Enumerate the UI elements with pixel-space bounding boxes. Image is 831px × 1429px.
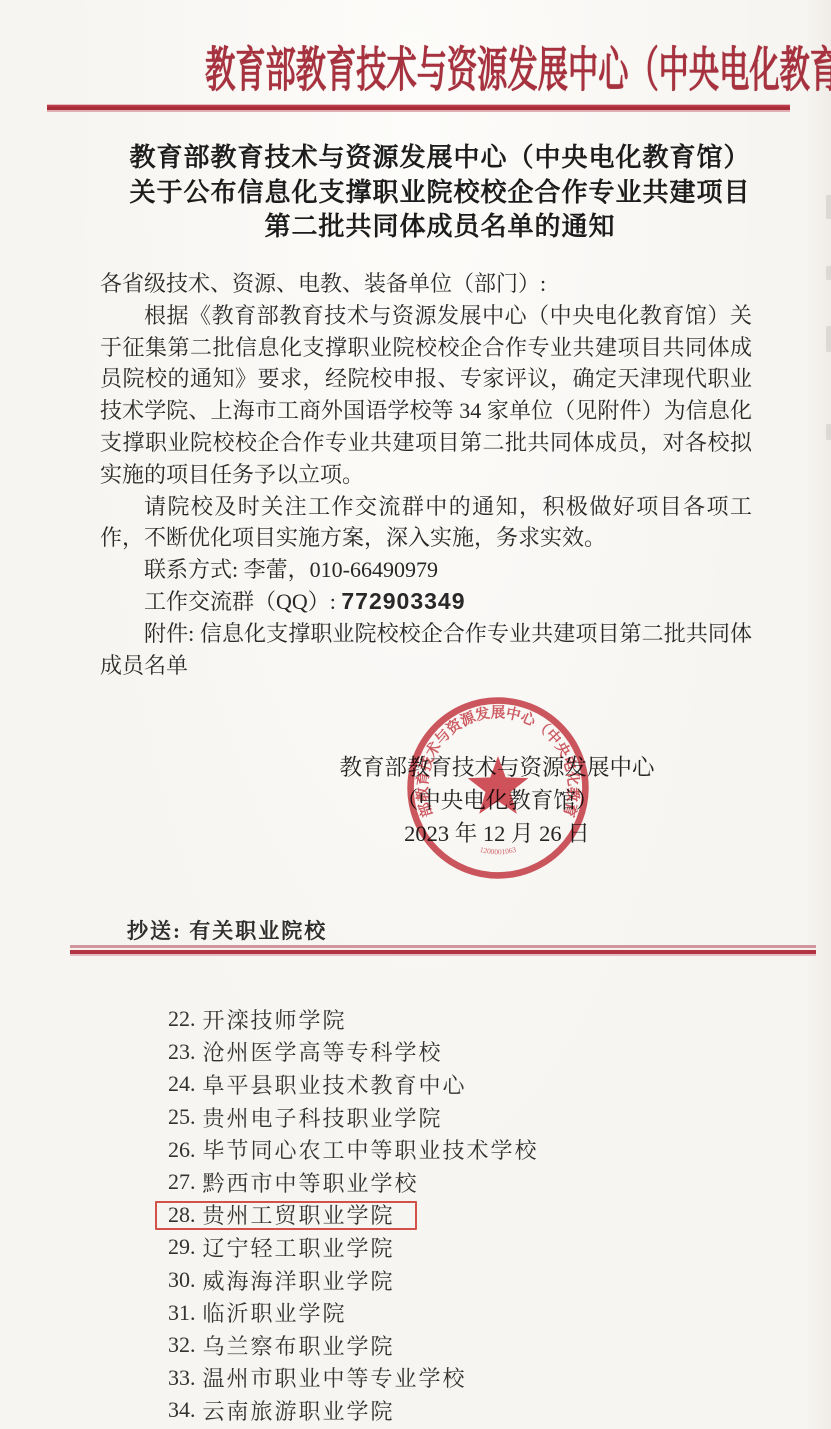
member-list-item: 22. 开滦技师学院 <box>168 1003 539 1036</box>
contact-label: 联系方式: <box>144 557 244 582</box>
qq-group-label: 工作交流群（QQ）: <box>144 589 341 614</box>
member-list: 22. 开滦技师学院 23. 沧州医学高等专科学校 24. 阜平县职业技术教育中… <box>168 1003 539 1427</box>
document-title-line-2: 关于公布信息化支撑职业院校校企合作专业共建项目 <box>129 178 750 207</box>
scan-artifact <box>826 195 831 219</box>
member-school-name: 阜平县职业技术教育中心 <box>203 1069 467 1100</box>
member-number: 27. <box>168 1169 196 1195</box>
member-number: 33. <box>168 1365 196 1391</box>
member-list-item: 23. 沧州医学高等专科学校 <box>168 1036 539 1069</box>
scan-artifact <box>826 266 831 280</box>
member-school-name: 贵州电子科技职业学院 <box>203 1102 443 1133</box>
contact-value: 李蕾，010-66490979 <box>244 557 438 582</box>
member-list-item: 34. 云南旅游职业学院 <box>168 1394 539 1427</box>
member-school-name: 贵州工贸职业学院 <box>203 1199 395 1230</box>
member-list-item: 27. 黔西市中等职业学校 <box>168 1166 539 1199</box>
member-school-name: 威海海洋职业学院 <box>203 1265 395 1296</box>
qq-group-number: 772903349 <box>341 588 465 614</box>
member-number: 25. <box>168 1104 196 1130</box>
member-list-item: 32. 乌兰察布职业学院 <box>168 1329 539 1362</box>
body-paragraph-2: 请院校及时关注工作交流群中的通知，积极做好项目各项工作，不断优化项目实施方案，深… <box>100 491 752 555</box>
body-paragraph-1: 根据《教育部教育技术与资源发展中心（中央电化教育馆）关于征集第二批信息化支撑职业… <box>100 300 752 491</box>
scan-artifact <box>826 424 831 440</box>
contact-line: 联系方式: 李蕾，010-66490979 <box>100 554 752 586</box>
member-school-name: 黔西市中等职业学校 <box>203 1167 419 1198</box>
official-seal: 教育部教育技术与资源发展中心（中央电化教育馆） 1200001063 <box>404 694 592 882</box>
document-body: 各省级技术、资源、电教、装备单位（部门）: 根据《教育部教育技术与资源发展中心（… <box>100 268 752 681</box>
member-school-name: 临沂职业学院 <box>203 1297 347 1328</box>
member-list-item: 29. 辽宁轻工职业学院 <box>168 1231 539 1264</box>
member-number: 32. <box>168 1332 196 1358</box>
member-school-name: 毕节同心农工中等职业技术学校 <box>203 1134 539 1165</box>
document-title: 教育部教育技术与资源发展中心（中央电化教育馆） 关于公布信息化支撑职业院校校企合… <box>49 141 831 245</box>
seal-star-icon <box>468 756 529 814</box>
qq-group-line: 工作交流群（QQ）: 772903349 <box>100 586 752 618</box>
member-list-item: 30. 威海海洋职业学院 <box>168 1264 539 1297</box>
member-school-name: 云南旅游职业学院 <box>203 1395 395 1426</box>
member-number: 26. <box>168 1137 196 1163</box>
member-school-name: 开滦技师学院 <box>203 1004 347 1035</box>
member-number: 22. <box>168 1006 196 1032</box>
member-number: 30. <box>168 1267 196 1293</box>
member-number: 24. <box>168 1071 196 1097</box>
member-number: 28. <box>168 1202 196 1228</box>
member-school-name: 辽宁轻工职业学院 <box>203 1232 395 1263</box>
member-list-item: 25. 贵州电子科技职业学院 <box>168 1101 539 1134</box>
scan-artifact <box>826 326 831 352</box>
member-school-name: 温州市职业中等专业学校 <box>203 1362 467 1393</box>
letterhead-divider-rule <box>47 104 790 112</box>
member-list-item: 24. 阜平县职业技术教育中心 <box>168 1068 539 1101</box>
seal-code: 1200001063 <box>479 845 518 856</box>
member-list-item: 26. 毕节同心农工中等职业技术学校 <box>168 1133 539 1166</box>
document-page: 教育部教育技术与资源发展中心（中央电化教育馆）函件 教育部教育技术与资源发展中心… <box>0 0 831 1429</box>
salutation: 各省级技术、资源、电教、装备单位（部门）: <box>100 268 752 300</box>
cc-divider-rule <box>70 945 816 956</box>
document-title-line-1: 教育部教育技术与资源发展中心（中央电化教育馆） <box>129 143 750 172</box>
member-number: 31. <box>168 1300 196 1326</box>
member-list-item: 33. 温州市职业中等专业学校 <box>168 1362 539 1395</box>
member-number: 23. <box>168 1039 196 1065</box>
letterhead-title: 教育部教育技术与资源发展中心（中央电化教育馆）函件 <box>205 31 689 100</box>
cc-line: 抄送: 有关职业院校 <box>127 915 327 945</box>
member-number: 34. <box>168 1397 196 1423</box>
document-title-line-3: 第二批共同体成员名单的通知 <box>264 212 615 241</box>
member-school-name: 乌兰察布职业学院 <box>203 1330 395 1361</box>
attachment-line: 附件: 信息化支撑职业院校校企合作专业共建项目第二批共同体成员名单 <box>100 618 752 682</box>
member-list-item: 31. 临沂职业学院 <box>168 1296 539 1329</box>
member-number: 29. <box>168 1234 196 1260</box>
member-list-item: 28. 贵州工贸职业学院 <box>168 1199 539 1232</box>
member-school-name: 沧州医学高等专科学校 <box>203 1036 443 1067</box>
